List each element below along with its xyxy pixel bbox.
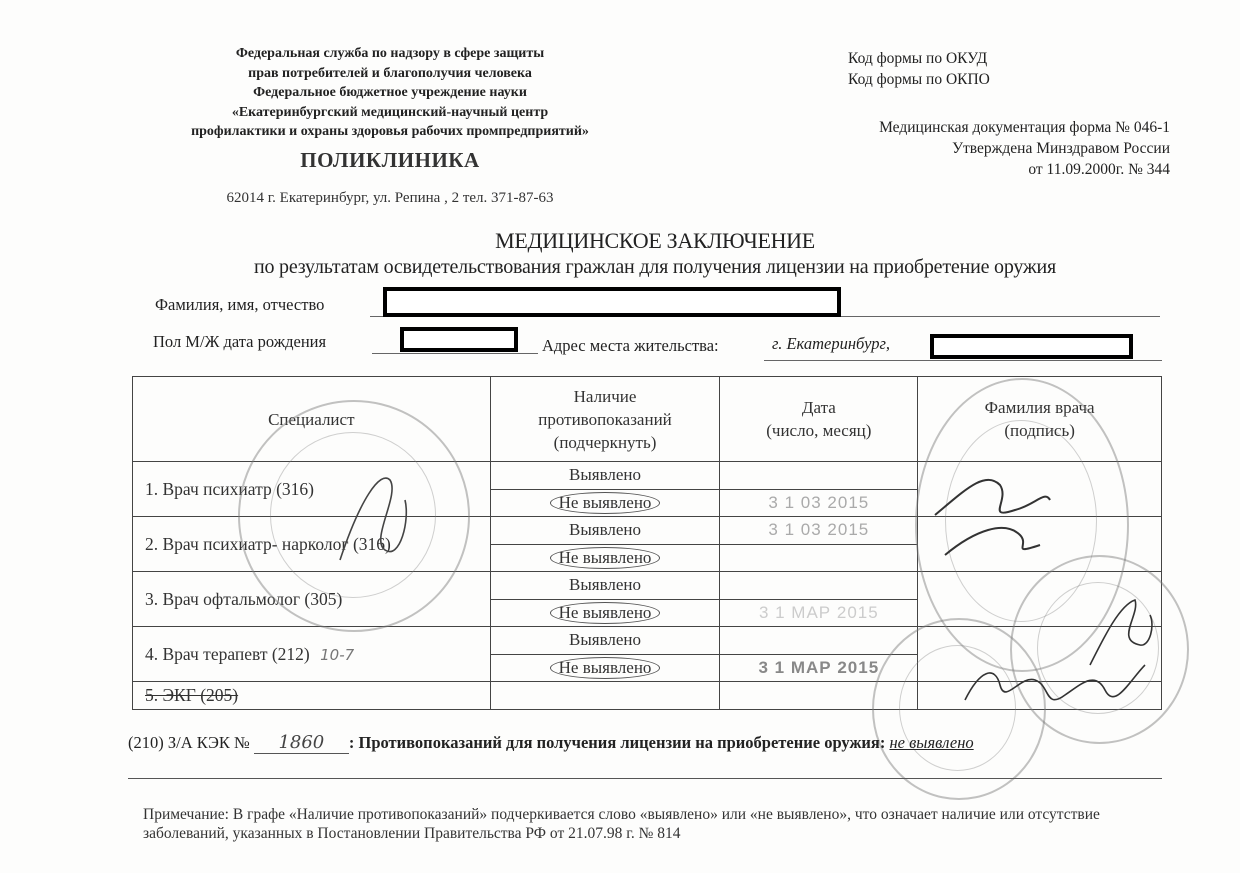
- circled-option: Не выявлено: [550, 492, 661, 514]
- date-cell: [720, 682, 918, 710]
- table-row: 1. Врач психиатр (316) Выявлено: [133, 462, 1162, 490]
- kek-prefix: (210) З/А КЭК №: [128, 733, 250, 752]
- signature-cell: [918, 682, 1162, 710]
- okud-code-label: Код формы по ОКУД: [848, 48, 990, 69]
- date-stamp: 3 1 03 2015: [720, 517, 918, 545]
- address-field-line: [764, 360, 1162, 361]
- signature-cell: [918, 517, 1162, 572]
- form-codes: Код формы по ОКУД Код формы по ОКПО: [848, 48, 990, 90]
- date-stamp: 3 1 03 2015: [720, 489, 918, 517]
- circled-option: Не выявлено: [550, 657, 661, 679]
- date-cell: [720, 627, 918, 655]
- option-not-found-selected[interactable]: Не выявлено: [490, 654, 720, 682]
- header-specialist: Специалист: [133, 377, 491, 462]
- table-row: 5. ЭКГ (205): [133, 682, 1162, 710]
- conclusion-statement: : Противопоказаний для получения лицензи…: [349, 733, 880, 752]
- header-line: (подпись): [918, 419, 1161, 442]
- signature-cell: [918, 627, 1162, 682]
- signature-cell: [918, 462, 1162, 517]
- header-line: противопоказаний: [491, 408, 720, 431]
- date-stamp: 3 1 МАР 2015: [720, 654, 918, 682]
- org-line: прав потребителей и благополучия человек…: [140, 64, 640, 84]
- option-cell: [490, 682, 720, 710]
- fio-label: Фамилия, имя, отчество: [155, 295, 324, 315]
- form-approval: Утверждена Минздравом России: [800, 138, 1170, 159]
- conclusion-colon: :: [880, 733, 886, 752]
- option-found[interactable]: Выявлено: [490, 462, 720, 490]
- org-line: Федеральная служба по надзору в сфере за…: [140, 44, 640, 64]
- redacted-fio: [383, 287, 841, 317]
- table-row: 3. Врач офтальмолог (305) Выявлено: [133, 572, 1162, 600]
- date-cell: [720, 544, 918, 572]
- org-line: «Екатеринбургский медицинский-научный це…: [140, 103, 640, 123]
- date-stamp: 3 1 МАР 2015: [720, 599, 918, 627]
- clinic-address: 62014 г. Екатеринбург, ул. Репина , 2 те…: [140, 190, 640, 207]
- address-city: г. Екатеринбург,: [772, 334, 890, 354]
- handwritten-note: 10-7: [320, 646, 354, 664]
- conclusion-result: не выявлено: [889, 733, 973, 752]
- form-reference: Медицинская документация форма № 046-1 У…: [800, 117, 1170, 180]
- sex-dob-label: Пол М/Ж дата рождения: [153, 332, 326, 352]
- specialist-cell: 2. Врач психиатр- нарколог (316): [133, 517, 491, 572]
- option-not-found-selected[interactable]: Не выявлено: [490, 599, 720, 627]
- conclusion-line: (210) З/А КЭК № 1860: Противопоказаний д…: [128, 732, 974, 754]
- form-number: Медицинская документация форма № 046-1: [800, 117, 1170, 138]
- form-approval-date: от 11.09.2000г. № 344: [800, 159, 1170, 180]
- organization-block: Федеральная служба по надзору в сфере за…: [140, 44, 640, 142]
- org-line: Федеральное бюджетное учреждение науки: [140, 83, 640, 103]
- specialist-cell: 4. Врач терапевт (212) 10-7: [133, 627, 491, 682]
- kek-number: 1860: [254, 732, 349, 754]
- header-line: (подчеркнуть): [491, 431, 720, 454]
- document-title: МЕДИЦИНСКОЕ ЗАКЛЮЧЕНИЕ: [140, 228, 1170, 254]
- specialist-cell: 1. Врач психиатр (316): [133, 462, 491, 517]
- header-line: (число, месяц): [720, 419, 917, 442]
- table-row: 4. Врач терапевт (212) 10-7 Выявлено: [133, 627, 1162, 655]
- redacted-dob: [400, 327, 518, 352]
- specialist-cell: 3. Врач офтальмолог (305): [133, 572, 491, 627]
- separator-line: [128, 778, 1162, 779]
- signature-cell: [918, 572, 1162, 627]
- examination-table: Специалист Наличие противопоказаний (под…: [132, 376, 1162, 710]
- date-cell: [720, 462, 918, 490]
- header-line: Фамилия врача: [918, 396, 1161, 419]
- option-not-found-selected[interactable]: Не выявлено: [490, 544, 720, 572]
- option-found[interactable]: Выявлено: [490, 517, 720, 545]
- option-not-found-selected[interactable]: Не выявлено: [490, 489, 720, 517]
- specialist-label: 4. Врач терапевт (212): [145, 644, 310, 664]
- okpo-code-label: Код формы по ОКПО: [848, 69, 990, 90]
- header-date: Дата (число, месяц): [720, 377, 918, 462]
- dob-field-line: [372, 353, 538, 354]
- address-label: Адрес места жительства:: [542, 336, 719, 356]
- redacted-address: [930, 334, 1133, 359]
- specialist-cell: 5. ЭКГ (205): [133, 682, 491, 710]
- circled-option: Не выявлено: [550, 547, 661, 569]
- document-subtitle: по результатам освидетельствования гражл…: [140, 256, 1170, 279]
- clinic-name: ПОЛИКЛИНИКА: [140, 148, 640, 173]
- option-found[interactable]: Выявлено: [490, 572, 720, 600]
- date-cell: [720, 572, 918, 600]
- footnote: Примечание: В графе «Наличие противопока…: [143, 805, 1173, 843]
- org-line: профилактики и охраны здоровья рабочих п…: [140, 122, 640, 142]
- table-header-row: Специалист Наличие противопоказаний (под…: [133, 377, 1162, 462]
- circled-option: Не выявлено: [550, 602, 661, 624]
- header-line: Дата: [720, 396, 917, 419]
- table-row: 2. Врач психиатр- нарколог (316) Выявлен…: [133, 517, 1162, 545]
- header-contraindications: Наличие противопоказаний (подчеркнуть): [490, 377, 720, 462]
- header-line: Наличие: [491, 385, 720, 408]
- header-doctor-signature: Фамилия врача (подпись): [918, 377, 1162, 462]
- option-found[interactable]: Выявлено: [490, 627, 720, 655]
